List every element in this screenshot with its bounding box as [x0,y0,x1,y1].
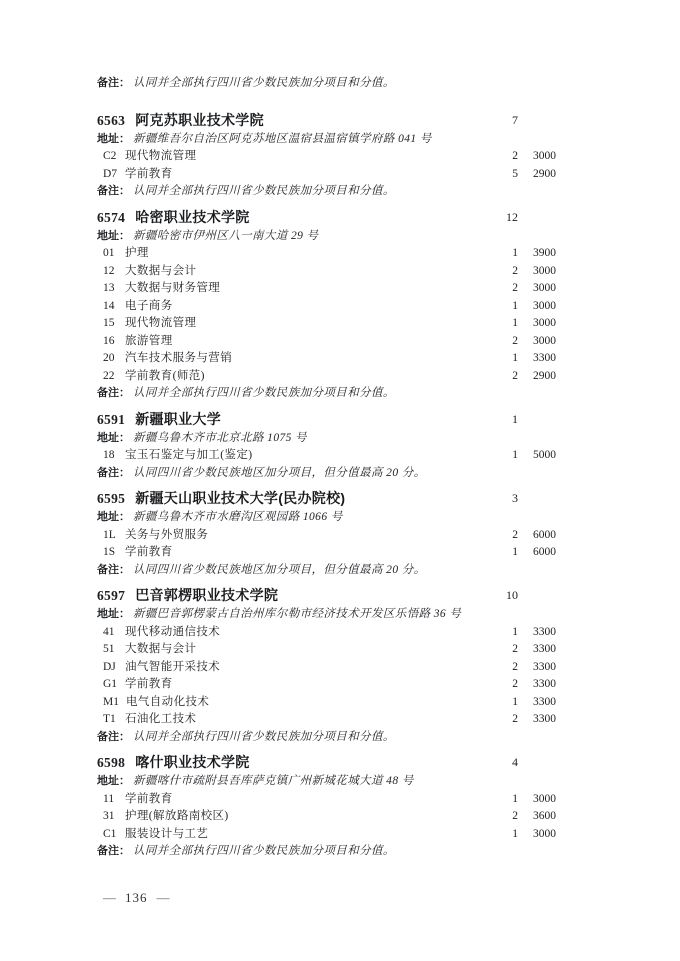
major-name: 现代移动通信技术 [125,626,220,638]
address-label: 地址： [97,511,130,523]
major-row: 11学前教育 1 3000 [0,791,680,809]
major-code: 13 [103,280,118,298]
school-remark-line: 备注：认同并全部执行四川省少数民族加分项目和分值。 [0,183,680,201]
major-tuition-fee: 6000 [480,544,556,562]
remark-label: 备注： [97,564,130,576]
major-name: 电子商务 [125,300,173,312]
major-code: 18 [103,447,118,465]
school-remark-line: 备注：认同四川省少数民族地区加分项目，但分值最高 20 分。 [0,562,680,580]
footer-dash-right: — [157,890,170,905]
major-code: 11 [103,791,118,809]
major-name: 现代物流管理 [125,317,196,329]
major-row: 16旅游管理 2 3000 [0,333,680,351]
school-address-line: 地址：新疆喀什市疏附县吾库萨克镇广州新城花城大道 48 号 [0,773,680,791]
school-code: 6574 [97,210,125,225]
major-tuition-fee: 6000 [480,527,556,545]
remark-label: 备注： [97,467,130,479]
major-code: 41 [103,624,118,642]
major-tuition-fee: 3000 [480,333,556,351]
address-text: 新疆乌鲁木齐市北京北路 1075 号 [133,432,307,444]
major-code: 20 [103,350,118,368]
footer-dash-left: — [103,890,116,905]
school-remark-line: 备注：认同并全部执行四川省少数民族加分项目和分值。 [0,843,680,861]
major-name: 关务与外贸服务 [125,529,208,541]
major-row: 22学前教育(师范) 2 2900 [0,368,680,386]
top-remark-text: 认同并全部执行四川省少数民族加分项目和分值。 [133,77,395,89]
major-code: 15 [103,315,118,333]
address-text: 新疆哈密市伊州区八一南大道 29 号 [133,230,318,242]
major-row: 1L关务与外贸服务 2 6000 [0,527,680,545]
major-code: C1 [103,826,118,844]
top-remark-label: 备注： [97,77,130,89]
major-tuition-fee: 3000 [480,280,556,298]
school-header: 6597巴音郭楞职业技术学院 10 [0,585,680,606]
major-name: 学前教育 [125,678,173,690]
major-tuition-fee: 3300 [480,659,556,677]
major-code: 01 [103,245,118,263]
top-remark: 备注：认同并全部执行四川省少数民族加分项目和分值。 [0,75,680,93]
major-name: 护理(解放路南校区) [125,810,229,822]
major-name: 旅游管理 [125,335,173,347]
school-remark-line: 备注：认同并全部执行四川省少数民族加分项目和分值。 [0,385,680,403]
major-code: 16 [103,333,118,351]
major-name: 油气智能开采技术 [125,661,220,673]
major-row: 14电子商务 1 3000 [0,298,680,316]
major-row: D7学前教育 5 2900 [0,166,680,184]
major-name: 现代物流管理 [125,150,196,162]
remark-label: 备注： [97,185,130,197]
address-label: 地址： [97,133,130,145]
major-name: 学前教育(师范) [125,370,205,382]
major-tuition-fee: 3300 [480,711,556,729]
major-code: M1 [103,694,119,712]
address-label: 地址： [97,432,130,444]
major-tuition-fee: 3000 [480,263,556,281]
major-code: 31 [103,808,118,826]
major-row: C2现代物流管理 2 3000 [0,148,680,166]
page-footer: —136— [103,889,170,906]
major-tuition-fee: 3300 [480,350,556,368]
major-code: 14 [103,298,118,316]
major-tuition-fee: 5000 [480,447,556,465]
major-row: 31护理(解放路南校区) 2 3600 [0,808,680,826]
major-row: DJ油气智能开采技术 2 3300 [0,659,680,677]
remark-text: 认同并全部执行四川省少数民族加分项目和分值。 [133,731,395,743]
major-tuition-fee: 3600 [480,808,556,826]
major-tuition-fee: 3900 [480,245,556,263]
school-code: 6591 [97,412,125,427]
major-row: G1学前教育 2 3300 [0,676,680,694]
document-page: 备注：认同并全部执行四川省少数民族加分项目和分值。 6563阿克苏职业技术学院 … [0,0,680,961]
school-section: 6597巴音郭楞职业技术学院 10 地址：新疆巴音郭楞蒙古自治州库尔勒市经济技术… [0,585,680,746]
school-address-line: 地址：新疆乌鲁木齐市水磨沟区观园路 1066 号 [0,509,680,527]
address-label: 地址： [97,230,130,242]
major-name: 汽车技术服务与营销 [125,352,232,364]
major-row: 1S学前教育 1 6000 [0,544,680,562]
major-row: 12大数据与会计 2 3000 [0,263,680,281]
major-name: 大数据与会计 [125,643,196,655]
school-plan-total: 7 [440,110,518,130]
school-code: 6563 [97,113,125,128]
major-tuition-fee: 2900 [480,368,556,386]
major-tuition-fee: 3000 [480,315,556,333]
school-section: 6563阿克苏职业技术学院 7 地址：新疆维吾尔自治区阿克苏地区温宿县温宿镇学府… [0,110,680,201]
address-text: 新疆巴音郭楞蒙古自治州库尔勒市经济技术开发区乐悟路 36 号 [133,608,461,620]
page-number: 136 [125,890,148,905]
major-list: 11学前教育 1 3000 31护理(解放路南校区) 2 3600 C1服装设计… [0,791,680,844]
school-code: 6598 [97,755,125,770]
school-plan-total: 1 [440,409,518,429]
major-tuition-fee: 3300 [480,694,556,712]
remark-text: 认同并全部执行四川省少数民族加分项目和分值。 [133,845,395,857]
major-code: C2 [103,148,118,166]
major-tuition-fee: 3000 [480,298,556,316]
school-section: 6591新疆职业大学 1 地址：新疆乌鲁木齐市北京北路 1075 号 18宝玉石… [0,409,680,483]
major-code: T1 [103,711,118,729]
major-tuition-fee: 3000 [480,148,556,166]
major-row: T1石油化工技术 2 3300 [0,711,680,729]
major-row: 13大数据与财务管理 2 3000 [0,280,680,298]
school-header: 6595新疆天山职业技术大学(民办院校) 3 [0,488,680,509]
school-section: 6598喀什职业技术学院 4 地址：新疆喀什市疏附县吾库萨克镇广州新城花城大道 … [0,752,680,861]
major-code: 1L [103,527,118,545]
major-code: G1 [103,676,118,694]
address-text: 新疆喀什市疏附县吾库萨克镇广州新城花城大道 48 号 [133,775,414,787]
major-code: 1S [103,544,118,562]
major-row: 18宝玉石鉴定与加工(鉴定) 1 5000 [0,447,680,465]
school-section: 6574哈密职业技术学院 12 地址：新疆哈密市伊州区八一南大道 29 号 01… [0,207,680,403]
major-tuition-fee: 3000 [480,791,556,809]
school-header: 6563阿克苏职业技术学院 7 [0,110,680,131]
remark-text: 认同四川省少数民族地区加分项目，但分值最高 20 分。 [133,467,426,479]
remark-text: 认同四川省少数民族地区加分项目，但分值最高 20 分。 [133,564,426,576]
major-tuition-fee: 3300 [480,641,556,659]
major-row: 51大数据与会计 2 3300 [0,641,680,659]
remark-label: 备注： [97,731,130,743]
remark-label: 备注： [97,845,130,857]
major-row: 41现代移动通信技术 1 3300 [0,624,680,642]
school-plan-total: 10 [440,585,518,605]
major-code: 22 [103,368,118,386]
school-sections: 6563阿克苏职业技术学院 7 地址：新疆维吾尔自治区阿克苏地区温宿县温宿镇学府… [0,110,680,861]
address-label: 地址： [97,775,130,787]
school-name: 阿克苏职业技术学院 [135,112,264,128]
major-code: DJ [103,659,118,677]
major-row: 01护理 1 3900 [0,245,680,263]
address-label: 地址： [97,608,130,620]
major-name: 大数据与财务管理 [125,282,220,294]
school-header: 6574哈密职业技术学院 12 [0,207,680,228]
major-name: 石油化工技术 [125,713,196,725]
school-address-line: 地址：新疆维吾尔自治区阿克苏地区温宿县温宿镇学府路 041 号 [0,131,680,149]
major-row: C1服装设计与工艺 1 3000 [0,826,680,844]
school-address-line: 地址：新疆哈密市伊州区八一南大道 29 号 [0,228,680,246]
major-row: 20汽车技术服务与营销 1 3300 [0,350,680,368]
major-code: D7 [103,166,118,184]
major-list: 18宝玉石鉴定与加工(鉴定) 1 5000 [0,447,680,465]
school-remark-line: 备注：认同并全部执行四川省少数民族加分项目和分值。 [0,729,680,747]
major-tuition-fee: 3300 [480,624,556,642]
major-name: 服装设计与工艺 [125,828,208,840]
major-name: 学前教育 [125,546,173,558]
major-name: 电气自动化技术 [126,696,209,708]
major-row: 15现代物流管理 1 3000 [0,315,680,333]
address-text: 新疆乌鲁木齐市水磨沟区观园路 1066 号 [133,511,343,523]
major-list: C2现代物流管理 2 3000 D7学前教育 5 2900 [0,148,680,183]
major-tuition-fee: 3000 [480,826,556,844]
school-address-line: 地址：新疆乌鲁木齐市北京北路 1075 号 [0,430,680,448]
school-code: 6595 [97,491,125,506]
remark-text: 认同并全部执行四川省少数民族加分项目和分值。 [133,387,395,399]
major-name: 宝玉石鉴定与加工(鉴定) [125,449,252,461]
major-row: M1电气自动化技术 1 3300 [0,694,680,712]
school-section: 6595新疆天山职业技术大学(民办院校) 3 地址：新疆乌鲁木齐市水磨沟区观园路… [0,488,680,579]
major-tuition-fee: 3300 [480,676,556,694]
school-name: 喀什职业技术学院 [135,754,249,770]
school-name: 新疆职业大学 [135,411,221,427]
school-address-line: 地址：新疆巴音郭楞蒙古自治州库尔勒市经济技术开发区乐悟路 36 号 [0,606,680,624]
school-name: 新疆天山职业技术大学(民办院校) [135,490,345,506]
major-name: 学前教育 [125,168,173,180]
major-name: 学前教育 [125,793,173,805]
school-plan-total: 12 [440,207,518,227]
school-name: 哈密职业技术学院 [135,209,249,225]
school-plan-total: 3 [440,488,518,508]
school-plan-total: 4 [440,752,518,772]
major-code: 51 [103,641,118,659]
major-list: 41现代移动通信技术 1 3300 51大数据与会计 2 3300 DJ油气智能… [0,624,680,729]
major-name: 护理 [125,247,149,259]
school-code: 6597 [97,588,125,603]
remark-text: 认同并全部执行四川省少数民族加分项目和分值。 [133,185,395,197]
address-text: 新疆维吾尔自治区阿克苏地区温宿县温宿镇学府路 041 号 [133,133,432,145]
major-code: 12 [103,263,118,281]
major-list: 01护理 1 3900 12大数据与会计 2 3000 13大数据与财务管理 2… [0,245,680,385]
school-name: 巴音郭楞职业技术学院 [135,587,278,603]
school-header: 6591新疆职业大学 1 [0,409,680,430]
school-remark-line: 备注：认同四川省少数民族地区加分项目，但分值最高 20 分。 [0,465,680,483]
major-name: 大数据与会计 [125,265,196,277]
major-list: 1L关务与外贸服务 2 6000 1S学前教育 1 6000 [0,527,680,562]
major-tuition-fee: 2900 [480,166,556,184]
school-header: 6598喀什职业技术学院 4 [0,752,680,773]
remark-label: 备注： [97,387,130,399]
